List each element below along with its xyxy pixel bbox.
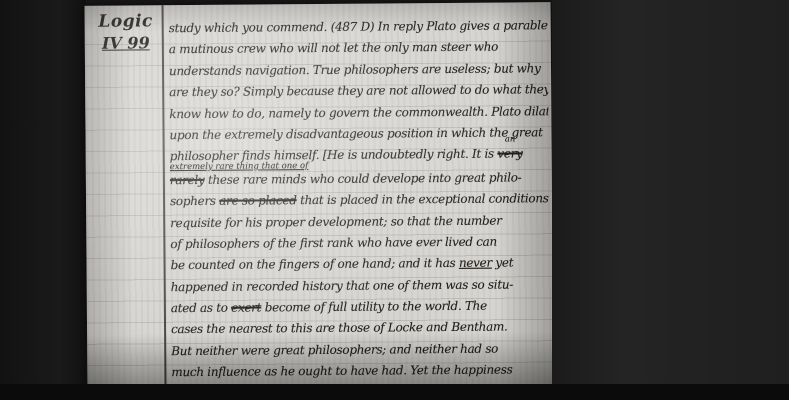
manuscript-line: rarely these rare minds who could develo… xyxy=(170,167,549,191)
scanned-document-view: Logic IV 99 study which you commend. (48… xyxy=(0,0,789,400)
text-segment: happened in recorded history that one of… xyxy=(171,277,513,294)
margin-rule-line xyxy=(162,5,167,387)
scanner-background-bottom xyxy=(0,384,789,400)
text-segment: much influence as he ought to have had. … xyxy=(171,363,512,380)
manuscript-line: happened in recorded history that one of… xyxy=(171,274,550,298)
text-segment: that is placed in the exceptional condit… xyxy=(297,191,549,207)
manuscript-line: upon the extremely disadvantageous posit… xyxy=(169,122,548,146)
text-segment: cases the nearest to this are those of L… xyxy=(171,320,508,337)
text-segment: But neither were great philosophers; and… xyxy=(171,341,498,358)
text-segment: understands navigation. True philosopher… xyxy=(169,61,541,78)
manuscript-line: ated as to exert become of full utility … xyxy=(171,295,550,319)
manuscript-line: requisite for his proper development; so… xyxy=(170,210,549,234)
margin-label-title: Logic xyxy=(93,11,159,33)
text-segment: requisite for his proper development; so… xyxy=(170,213,502,230)
text-segment: a mutinous crew who will not let the onl… xyxy=(169,40,498,57)
text-segment: ated as to xyxy=(171,301,231,315)
text-segment: never xyxy=(459,256,492,270)
manuscript-line: much influence as he ought to have had. … xyxy=(171,359,550,383)
corrected-word: veryan xyxy=(497,144,522,166)
manuscript-line: understands navigation. True philosopher… xyxy=(169,58,548,82)
text-segment: rarely xyxy=(170,173,205,187)
text-segment: be counted on the fingers of one hand; a… xyxy=(170,256,458,272)
text-segment: exert xyxy=(231,301,261,315)
manuscript-page: Logic IV 99 study which you commend. (48… xyxy=(85,2,554,388)
manuscript-line: be counted on the fingers of one hand; a… xyxy=(170,252,549,276)
archive-margin-label: Logic IV 99 xyxy=(93,11,159,54)
text-segment: are so placed xyxy=(219,193,296,208)
manuscript-line: of philosophers of the first rank who ha… xyxy=(170,231,549,255)
text-segment: of philosophers of the first rank who ha… xyxy=(170,235,497,252)
text-segment: these rare minds who could develope into… xyxy=(204,170,521,186)
manuscript-line: study which you commend. (487 D) In repl… xyxy=(169,15,548,39)
manuscript-line: know how to do, namely to govern the com… xyxy=(169,101,548,125)
text-segment: study which you commend. (487 D) In repl… xyxy=(169,18,551,35)
text-segment: are they so? Simply because they are not… xyxy=(169,82,550,99)
manuscript-line: But neither were great philosophers; and… xyxy=(171,338,550,362)
manuscript-line: sophers are so placed that is placed in … xyxy=(170,188,549,212)
text-segment: sophers xyxy=(170,194,219,208)
manuscript-line: cases the nearest to this are those of L… xyxy=(171,317,550,341)
manuscript-line: are they so? Simply because they are not… xyxy=(169,79,548,103)
text-segment: yet xyxy=(492,256,513,270)
manuscript-line: a mutinous crew who will not let the onl… xyxy=(169,37,548,61)
scanner-background-right xyxy=(552,0,789,386)
manuscript-text-block: study which you commend. (487 D) In repl… xyxy=(169,15,551,384)
text-segment: become of full utility to the world. The xyxy=(261,299,487,315)
scanner-background-left xyxy=(0,0,86,386)
interlinear-insertion: an xyxy=(505,136,516,144)
margin-label-page-number: IV 99 xyxy=(93,34,159,55)
text-segment: know how to do, namely to govern the com… xyxy=(169,104,550,121)
text-segment: upon the extremely disadvantageous posit… xyxy=(169,125,542,142)
